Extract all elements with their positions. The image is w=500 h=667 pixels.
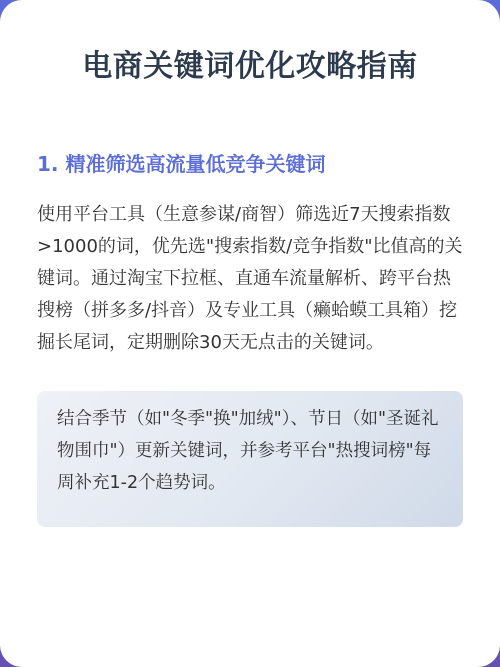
page-title: 电商关键词优化攻略指南 — [0, 46, 500, 88]
content-card: 电商关键词优化攻略指南 1. 精准筛选高流量低竞争关键词 使用平台工具（生意参谋… — [0, 0, 500, 667]
tip-text: 结合季节（如"冬季"换"加绒"）、节日（如"圣诞礼物围巾"）更新关键词，并参考平… — [57, 403, 443, 499]
tip-box: 结合季节（如"冬季"换"加绒"）、节日（如"圣诞礼物围巾"）更新关键词，并参考平… — [37, 391, 463, 527]
section-body-text: 使用平台工具（生意参谋/商智）筛选近7天搜索指数>1000的词，优先选"搜索指数… — [37, 199, 465, 359]
section-heading: 1. 精准筛选高流量低竞争关键词 — [37, 148, 325, 180]
